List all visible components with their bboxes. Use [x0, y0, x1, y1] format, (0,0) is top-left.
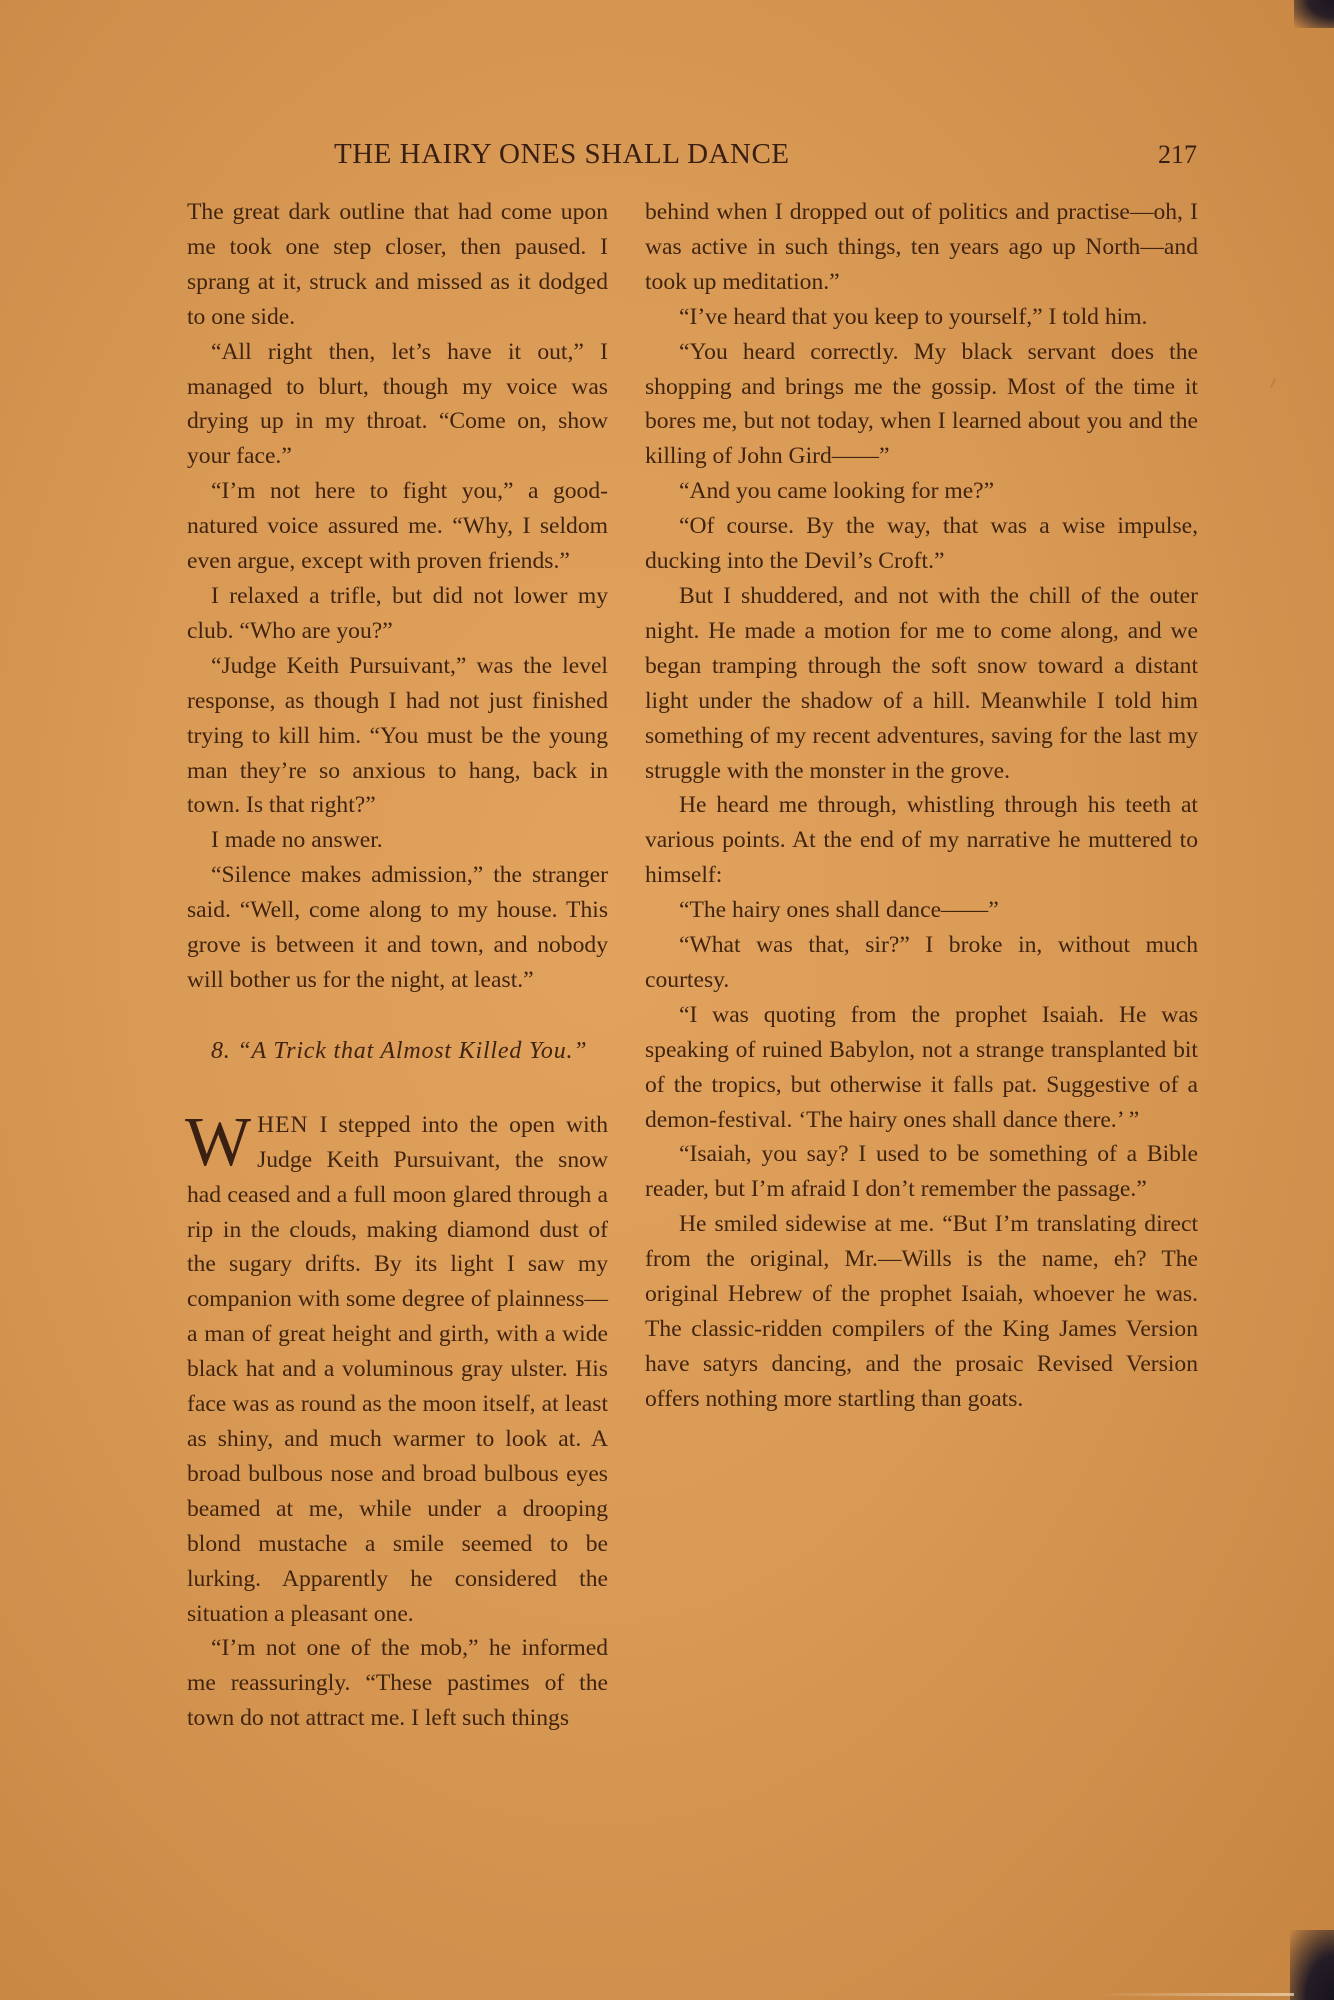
paragraph: “All right then, let’s have it out,” I m…: [187, 335, 608, 475]
paragraph: “You heard correctly. My black servant d…: [645, 335, 1198, 475]
page-number: 217: [1158, 140, 1197, 170]
paragraph: “Judge Keith Pursuivant,” was the level …: [187, 649, 608, 824]
paper-blemish: [1270, 378, 1276, 388]
paragraph: “Isaiah, you say? I used to be something…: [645, 1137, 1198, 1207]
paragraph: “I’m not one of the mob,” he informed me…: [187, 1631, 608, 1736]
paragraph: “I’m not here to fight you,” a good-natu…: [187, 474, 608, 579]
paragraph: “And you came looking for me?”: [645, 474, 1198, 509]
running-head: THE HAIRY ONES SHALL DANCE 217: [187, 138, 1197, 178]
paragraph: behind when I dropped out of politics an…: [645, 195, 1198, 300]
paragraph: I made no answer.: [187, 823, 608, 858]
paragraph: The great dark outline that had come upo…: [187, 195, 608, 335]
section-opening-paragraph: WHEN I stepped into the open with Judge …: [187, 1108, 608, 1632]
drop-cap: W: [185, 1114, 251, 1172]
paragraph: “The hairy ones shall dance——”: [645, 893, 1198, 928]
paragraph: “I’ve heard that you keep to yourself,” …: [645, 300, 1198, 335]
small-caps-lead: HEN: [257, 1112, 309, 1138]
section-heading: 8. “A Trick that Almost Killed You.”: [187, 1034, 608, 1104]
paragraph: He heard me through, whistling through h…: [645, 788, 1198, 893]
paragraph: “Silence makes admission,” the stranger …: [187, 858, 608, 998]
right-column: behind when I dropped out of politics an…: [645, 195, 1198, 1417]
paragraph: I relaxed a trifle, but did not lower my…: [187, 579, 608, 649]
page-corner-shadow-bottom: [1290, 1930, 1334, 2000]
page-corner-shadow-top: [1294, 0, 1334, 28]
paragraph: “Of course. By the way, that was a wise …: [645, 509, 1198, 579]
left-column: The great dark outline that had come upo…: [187, 195, 608, 1736]
paragraph: “I was quoting from the prophet Isaiah. …: [645, 998, 1198, 1138]
paragraph-text: I stepped into the open with Judge Keith…: [187, 1112, 608, 1627]
paragraph: But I shuddered, and not with the chill …: [645, 579, 1198, 788]
book-page: THE HAIRY ONES SHALL DANCE 217 The great…: [0, 0, 1334, 2000]
page-edge-highlight: [1094, 1993, 1294, 1996]
paragraph: “What was that, sir?” I broke in, withou…: [645, 928, 1198, 998]
paragraph: He smiled sidewise at me. “But I’m trans…: [645, 1207, 1198, 1416]
running-title: THE HAIRY ONES SHALL DANCE: [334, 138, 790, 171]
